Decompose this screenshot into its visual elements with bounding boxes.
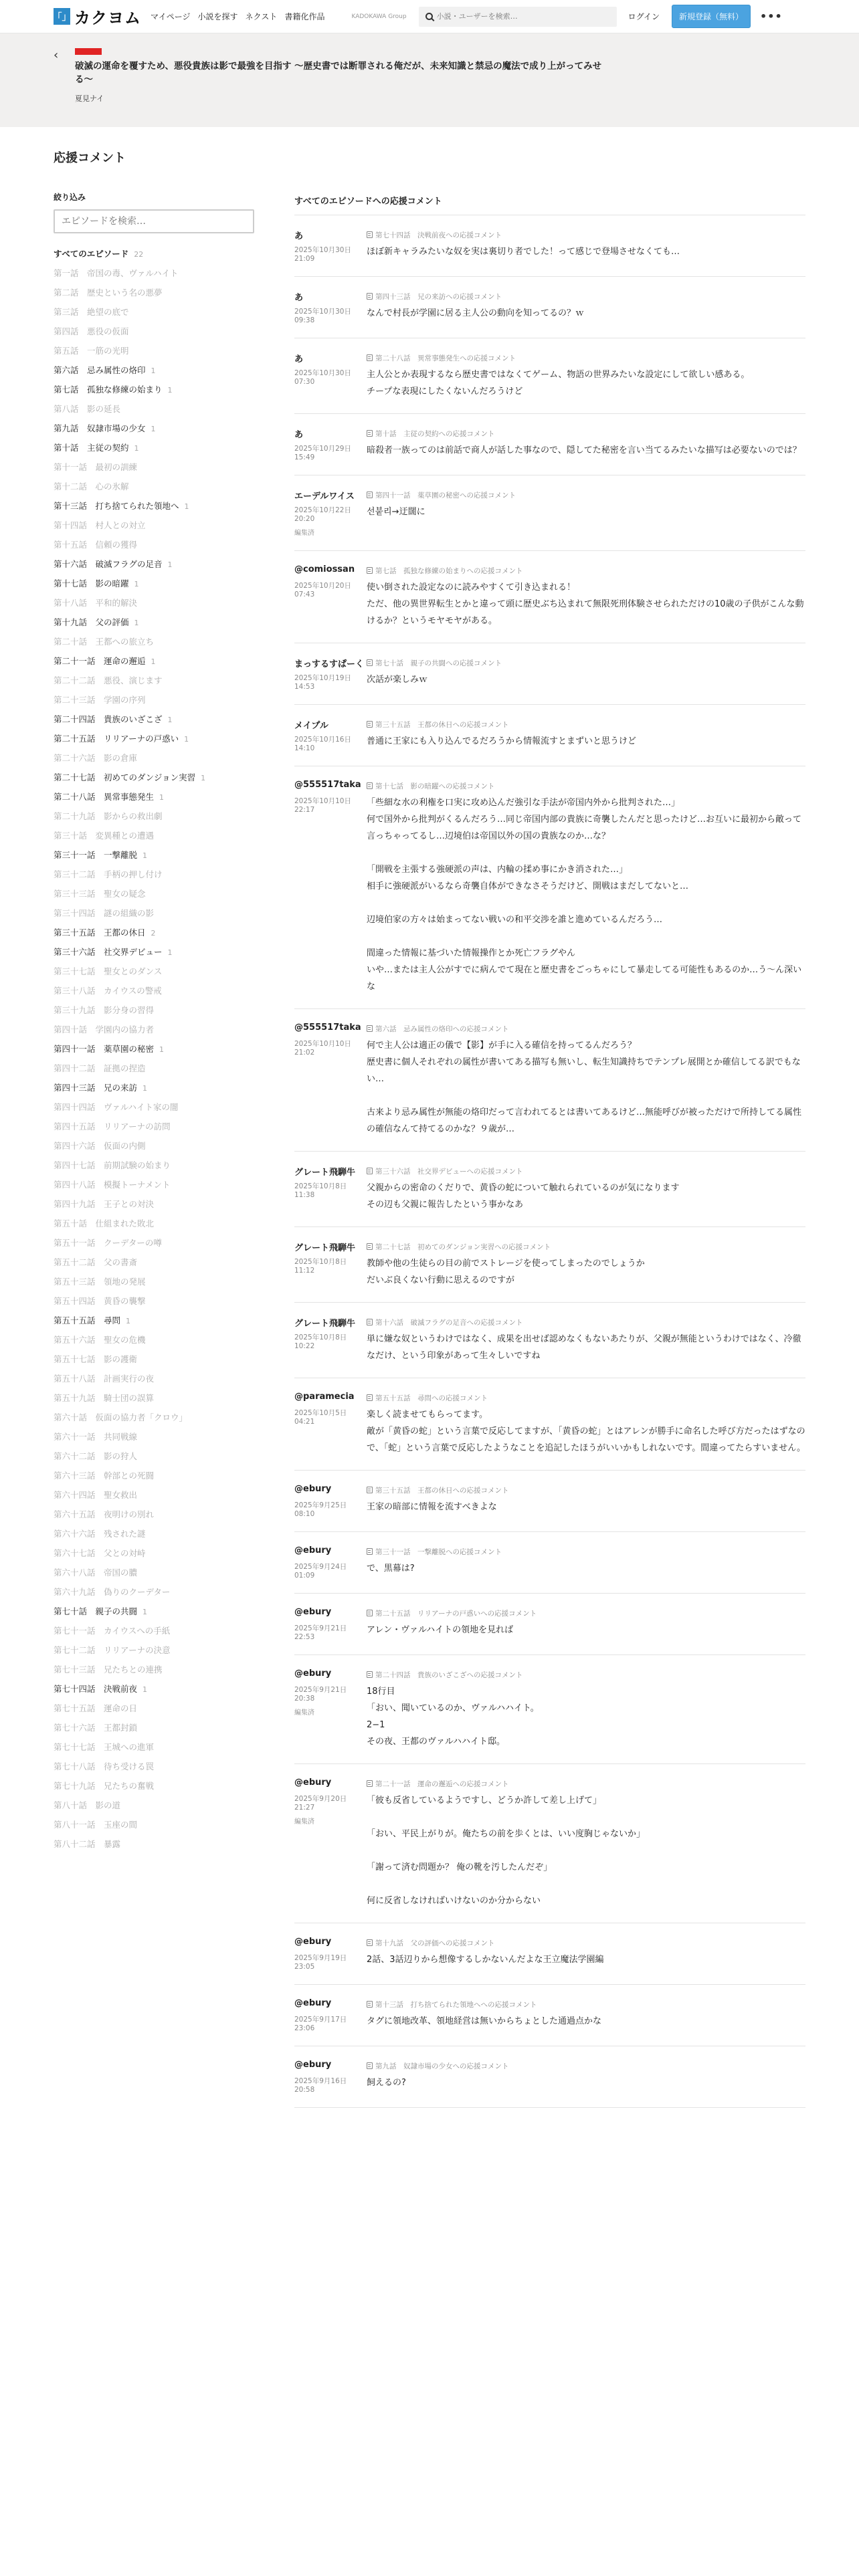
episode-icon [367,1939,373,1946]
episode-filter-item[interactable]: 第七十二話 リリアーナの決意 [54,1640,254,1660]
comment-item: グレート飛騨牛 2025年10月8日 11:12 第二十七話 初めてのダンジョン… [294,1227,805,1303]
comment-body: 王家の暗部に情報を流すべきよな [367,1499,805,1515]
episode-filter-item[interactable]: 第五十三話 領地の発展 [54,1272,254,1291]
episode-comment-count: 1 [151,657,156,666]
nav-next[interactable]: ネクスト [246,11,278,22]
comment-item: グレート飛騨牛 2025年10月8日 11:38 第三十六話 社交界デビューへの… [294,1152,805,1227]
episode-icon [367,1025,373,1032]
comment-user[interactable]: @ebury [294,1669,367,1683]
comment-episode-link[interactable]: 第十六話 破滅フラグの足音への応援コメント [367,1316,805,1328]
episode-filter-item[interactable]: 第五十九話 騎士団の誤算 [54,1388,254,1408]
episode-filter-item[interactable]: 第三十五話 王都の休日2 [54,923,254,942]
episode-filter-label: 第七十五話 運命の日 [54,1703,137,1713]
episode-filter-label: 第十五話 信頼の獲得 [54,540,137,550]
episode-filter-item[interactable]: 第六十五話 夜明けの別れ [54,1505,254,1524]
comment-body: タグに領地改革、領地経営は無いからちょとした通過点かな [367,2013,805,2030]
episode-filter-item[interactable]: 第三十六話 社交界デビュー1 [54,942,254,962]
episode-filter-item[interactable]: 第三十三話 聖女の疑念 [54,884,254,903]
nav-mypage[interactable]: マイページ [151,11,191,22]
comment-episode-link[interactable]: 第二十五話 リリアーナの戸惑いへの応援コメント [367,1607,805,1619]
episode-filter-item[interactable]: 第四十一話 薬草園の秘密1 [54,1039,254,1059]
episode-filter-item[interactable]: 第七十五話 運命の日 [54,1699,254,1718]
episode-filter-item[interactable]: 第十六話 破滅フラグの足音1 [54,554,254,574]
comment-episode-link[interactable]: 第四十三話 兄の来訪への応援コメント [367,290,805,302]
episode-filter-item[interactable]: 第七十三話 兄たちとの連携 [54,1660,254,1679]
work-title[interactable]: 破滅の運命を覆すため、悪役貴族は影で最強を目指す ～歴史書では断罪される俺だが、… [75,60,610,86]
episode-filter-label: 第三十三話 聖女の疑念 [54,889,146,899]
episode-comment-count: 22 [134,250,143,259]
episode-icon [367,430,373,437]
episode-filter-item[interactable]: 第三十九話 影分身の習得 [54,1000,254,1020]
comment-user[interactable]: グレート飛騨牛 [294,1241,367,1255]
comment-user[interactable]: @ebury [294,1607,367,1622]
episode-icon [367,1243,373,1250]
episode-filter-item[interactable]: 第六十三話 幹部との死闘 [54,1466,254,1485]
episode-filter-item[interactable]: 第四十二話 証拠の捏造 [54,1059,254,1078]
episode-filter-item[interactable]: 第二十七話 初めてのダンジョン実習1 [54,768,254,787]
comment-user[interactable]: エーデルワイス [294,489,367,504]
episode-comment-count: 1 [151,366,156,375]
comment-meta: あ 2025年10月30日 09:38 [294,290,367,324]
episode-filter-item[interactable]: 第十五話 信頼の獲得 [54,535,254,554]
episode-filter-item[interactable]: 第二十四話 貴族のいざこざ1 [54,710,254,729]
episode-filter-label: 第二十六話 影の倉庫 [54,753,137,763]
episode-filter-label: 第四十一話 薬草園の秘密 [54,1044,154,1054]
comment-episode-label: 第三十六話 社交界デビューへの応援コメント [375,1166,523,1176]
episode-filter-label: 第三十六話 社交界デビュー [54,947,163,957]
work-author[interactable]: 夏見ナイ [75,93,859,104]
comment-episode-label: 第十六話 破滅フラグの足音への応援コメント [375,1317,523,1327]
comment-user[interactable]: グレート飛騨牛 [294,1165,367,1180]
episode-filter-label: 第十六話 破滅フラグの足音 [54,559,163,569]
episode-filter-label: 第二十八話 異常事態発生 [54,792,154,802]
episode-comment-count: 1 [142,851,147,860]
comment-episode-label: 第九話 奴隷市場の少女への応援コメント [375,2061,509,2071]
episode-filter-label: 第十三話 打ち捨てられた領地へ [54,501,179,511]
comment-episode-label: 第七十四話 決戦前夜への応援コメント [375,230,502,240]
episode-filter-label: 第五十話 仕組まれた敗北 [54,1218,154,1228]
episode-filter-item[interactable]: 第七話 孤独な修練の始まり1 [54,380,254,399]
episode-filter-item[interactable]: 第十九話 父の評価1 [54,613,254,632]
comment-user[interactable]: @ebury [294,1937,367,1951]
kakuyomu-logo[interactable]: 「」 カクヨム [54,5,141,28]
episode-filter-item[interactable]: 第七十話 親子の共闘1 [54,1602,254,1621]
more-menu-icon[interactable]: ••• [760,10,783,23]
comment-item: @ebury 2025年9月21日 20:38 編集済 第二十四話 貴族のいざこ… [294,1655,805,1764]
episode-filter-label: 第七十一話 カイウスへの手紙 [54,1626,170,1636]
episode-comment-count: 1 [142,1084,147,1093]
episode-icon [367,1548,373,1555]
episode-filter-item[interactable]: 第二十八話 異常事態発生1 [54,787,254,807]
episode-filter-item[interactable]: 第六十四話 聖女救出 [54,1485,254,1505]
episode-icon [367,1610,373,1616]
episode-filter-item[interactable]: 第五話 一筋の光明 [54,341,254,360]
comment-user[interactable]: まっするすぱーく [294,657,367,671]
comment-episode-link[interactable]: 第四十一話 薬草園の秘密への応援コメント [367,489,805,501]
work-header: ‹ 破滅の運命を覆すため、悪役貴族は影で最強を目指す ～歴史書では断罪される俺だ… [0,33,859,127]
episode-filter-label: 第四話 悪役の仮面 [54,326,129,336]
episode-filter-label: 第五十九話 騎士団の誤算 [54,1393,154,1403]
site-search[interactable] [419,7,617,27]
comment-meta: @ebury 2025年9月20日 21:27 編集済 [294,1778,367,1909]
edited-badge: 編集済 [294,527,367,537]
episode-comment-count: 1 [142,1608,147,1616]
comment-episode-link[interactable]: 第十三話 打ち捨てられた領地へへの応援コメント [367,1998,805,2010]
comment-episode-label: 第十七話 影の暗躍への応援コメント [375,781,495,791]
episode-comment-count: 1 [168,948,173,957]
comment-episode-label: 第三十一話 一撃離脱への応援コメント [375,1547,502,1557]
comment-date: 2025年9月17日 23:06 [294,2014,367,2032]
comment-episode-label: 第三十五話 王都の休日への応援コメント [375,1485,509,1495]
comment-episode-link[interactable]: 第十九話 父の評価への応援コメント [367,1937,805,1949]
episode-filter-item[interactable]: 第二十話 王都への旅立ち [54,632,254,651]
episode-filter-item[interactable]: 第五十六話 聖女の危機 [54,1330,254,1350]
comment-user[interactable]: @ebury [294,2060,367,2074]
episode-filter-item[interactable]: 第二十二話 悪役、演じます [54,671,254,690]
episode-filter-item[interactable]: 第十八話 平和的解決 [54,593,254,613]
episode-filter-label: 第三十五話 王都の休日 [54,928,146,938]
comment-content: 第十七話 影の暗躍への応援コメント 「些細な水の利権を口実に攻め込んだ強引な手法… [367,780,805,995]
episode-filter-item[interactable]: 第六十話 仮面の協力者「クロウ」 [54,1408,254,1427]
episode-filter-item[interactable]: 第七十六話 王都封鎖 [54,1718,254,1737]
episode-filter-item[interactable]: 第四十三話 兄の来訪1 [54,1078,254,1097]
episode-filter-label: 第十二話 心の氷解 [54,481,129,492]
episode-filter-item[interactable]: 第七十九話 兄たちの奮戦 [54,1776,254,1796]
episode-filter-label: 第四十三話 兄の来訪 [54,1083,137,1093]
comment-body: 教師や他の生徒らの目の前でストレージを使ってしまったのでしょうか だいぶ良くない… [367,1255,805,1289]
comment-item: @555517taka 2025年10月10日 22:17 第十七話 影の暗躍へ… [294,766,805,1009]
episode-filter-label: 第四十五話 リリアーナの訪問 [54,1121,171,1132]
episode-filter-item[interactable]: 第四十九話 王子との対決 [54,1194,254,1214]
comment-content: 第七話 孤独な修練の始まりへの応援コメント 使い倒された設定なのに読みやすくて引… [367,564,805,629]
comment-episode-label: 第五十五話 尋問への応援コメント [375,1393,488,1403]
episode-filter-item[interactable]: 第二話 歴史という名の悪夢 [54,283,254,302]
episode-filter-item[interactable]: 第五十五話 尋問1 [54,1311,254,1330]
comment-body: 次話が楽しみｗ [367,671,805,688]
comment-user[interactable]: あ [294,352,367,366]
episode-filter-label: 第六十七話 父との対峙 [54,1548,146,1558]
comment-meta: あ 2025年10月29日 15:49 [294,427,367,461]
comment-date: 2025年10月19日 14:53 [294,673,367,691]
episode-icon [367,2001,373,2008]
comment-user[interactable]: あ [294,290,367,305]
comment-user[interactable]: @555517taka [294,780,367,794]
episode-filter-label: 第七十話 親子の共闘 [54,1606,137,1616]
comment-meta: @ebury 2025年9月17日 23:06 [294,1998,367,2032]
comment-item: グレート飛騨牛 2025年10月8日 10:22 第十六話 破滅フラグの足音への… [294,1303,805,1378]
comment-body: なんで村長が学園に居る主人公の動向を知ってるの？ｗ [367,305,805,322]
episode-icon [367,1319,373,1325]
comment-date: 2025年10月8日 11:12 [294,1257,367,1275]
episode-comment-count: 1 [168,560,173,569]
episode-filter-label: 第七十六話 王都封鎖 [54,1723,137,1733]
episode-filter-item[interactable]: 第十三話 打ち捨てられた領地へ1 [54,496,254,516]
episode-filter-item[interactable]: 第八十二話 暴露 [54,1834,254,1854]
episode-filter-item[interactable]: 第六十六話 残された謎 [54,1524,254,1543]
episode-filter-label: 第九話 奴隷市場の少女 [54,423,146,433]
episode-filter-label: 第五十一話 クーデターの噂 [54,1238,162,1248]
episode-filter-item[interactable]: 第二十九話 影からの救出劇 [54,807,254,826]
episode-filter-label: 第五十八話 計画実行の夜 [54,1374,154,1384]
comment-meta: @ebury 2025年9月24日 01:09 [294,1545,367,1580]
episode-filter-item[interactable]: 第六十八話 帝国の膿 [54,1563,254,1582]
comment-item: まっするすぱーく 2025年10月19日 14:53 第七十話 親子の共闘への応… [294,643,805,705]
comment-user[interactable]: グレート飛騨牛 [294,1316,367,1331]
episode-filter-item[interactable]: 第六十一話 共同戦線 [54,1427,254,1446]
comment-date: 2025年9月21日 20:38 [294,1685,367,1703]
global-nav: マイページ 小説を探す ネクスト 書籍化作品 [151,11,324,22]
episode-filter-label: 第五十二話 父の書斎 [54,1257,137,1267]
episode-filter-label: 第五十三話 領地の発展 [54,1277,146,1287]
comment-user[interactable]: @ebury [294,1545,367,1560]
comment-date: 2025年10月10日 21:02 [294,1039,367,1057]
comment-date: 2025年9月19日 23:05 [294,1953,367,1971]
episode-icon [367,1168,373,1174]
episode-filter-item[interactable]: 第四十八話 模擬トーナメント [54,1175,254,1194]
episode-filter-item[interactable]: 第五十話 仕組まれた敗北 [54,1214,254,1233]
episode-search-input[interactable] [54,209,254,233]
episode-filter-label: 第三十九話 影分身の習得 [54,1005,154,1015]
comment-body: 2話、3話辺りから想像するしかないんだよな王立魔法学園編 [367,1951,805,1968]
episode-filter-label: 第六十八話 帝国の膿 [54,1568,137,1578]
comment-content: 第二十四話 貴族のいざこざへの応援コメント 18行目 「おい、聞いているのか、ヴ… [367,1669,805,1750]
comment-item: @ebury 2025年9月21日 22:53 第二十五話 リリアーナの戸惑いへ… [294,1594,805,1655]
comment-body: 単に嫌な奴というわけではなく、成果を出せば認めなくもないあたりが、父親が無能とい… [367,1331,805,1364]
comment-date: 2025年10月20日 07:43 [294,580,367,599]
comment-date: 2025年10月16日 14:10 [294,734,367,752]
episode-filter-item[interactable]: 第五十八話 計画実行の夜 [54,1369,254,1388]
comment-episode-link[interactable]: 第十七話 影の暗躍への応援コメント [367,780,805,792]
comment-episode-label: 第三十五話 王都の休日への応援コメント [375,720,509,730]
comment-content: 第五十五話 尋問への応援コメント 楽しく読ませてもらってます。 敵が「黄昏の蛇」… [367,1392,805,1457]
comment-body: 飼えるの? [367,2074,805,2091]
episode-comment-count: 1 [201,774,205,782]
episode-icon [367,293,373,300]
episode-filter-item[interactable]: 第五十四話 黄昏の襲撃 [54,1291,254,1311]
episode-filter-item[interactable]: 第三十一話 一撃離脱1 [54,845,254,865]
episode-filter-item[interactable]: 第八十話 影の道 [54,1796,254,1815]
comment-episode-link[interactable]: 第二十八話 異常事態発生への応援コメント [367,352,805,364]
comment-date: 2025年10月5日 04:21 [294,1408,367,1426]
episode-filter-item[interactable]: 第二十五話 リリアーナの戸惑い1 [54,729,254,748]
episode-filter-item[interactable]: 第一話 帝国の毒、ヴァルハイト [54,263,254,283]
episode-filter-item[interactable]: 第七十四話 決戦前夜1 [54,1679,254,1699]
comment-episode-link[interactable]: 第三十一話 一撃離脱への応援コメント [367,1545,805,1558]
comment-episode-label: 第七話 孤独な修練の始まりへの応援コメント [375,566,523,576]
comment-body: で、黒幕は? [367,1560,805,1577]
episode-filter-item[interactable]: 第八十一話 玉座の間 [54,1815,254,1834]
episode-filter-label: 第七十四話 決戦前夜 [54,1684,137,1694]
episode-filter-item[interactable]: 第五十二話 父の書斎 [54,1253,254,1272]
episode-filter-item[interactable]: 第二十六話 影の倉庫 [54,748,254,768]
episode-filter-item[interactable]: 第四十五話 リリアーナの訪問 [54,1117,254,1136]
episode-filter-item[interactable]: 第十一話 最初の訓練 [54,457,254,477]
episode-filter-item[interactable]: 第六十七話 父との対峙 [54,1543,254,1563]
episode-filter-item[interactable]: 第八話 影の延長 [54,399,254,419]
comment-episode-link[interactable]: 第二十七話 初めてのダンジョン実習への応援コメント [367,1241,805,1253]
episode-list: すべてのエピソード22 第一話 帝国の毒、ヴァルハイト第二話 歴史という名の悪夢… [54,244,254,1854]
comment-user[interactable]: あ [294,427,367,442]
episode-filter-item[interactable]: 第五十七話 影の護衛 [54,1350,254,1369]
episode-filter-item[interactable]: 第三十話 変異種との遭遇 [54,826,254,845]
episode-filter-label: 第五十七話 影の護衛 [54,1354,137,1364]
comment-item: @ebury 2025年9月25日 08:10 第三十五話 王都の休日への応援コ… [294,1471,805,1532]
comment-user[interactable]: @ebury [294,1484,367,1499]
edited-badge: 編集済 [294,1707,367,1717]
comment-user[interactable]: @paramecia [294,1392,367,1406]
episode-filter-item[interactable]: 第三十四話 謎の組織の影 [54,903,254,923]
comment-episode-link[interactable]: 第七十四話 決戦前夜への応援コメント [367,229,805,241]
episode-filter-item[interactable]: 第三十八話 カイウスの警戒 [54,981,254,1000]
episode-filter-item[interactable]: 第四十六話 仮面の内側 [54,1136,254,1156]
comment-content: 第六話 忌み属性の烙印への応援コメント 何で主人公は適正の儀で【影】が手に入る確… [367,1023,805,1138]
episode-filter-label: 第四十六話 仮面の内側 [54,1141,146,1151]
comment-content: 第七十四話 決戦前夜への応援コメント ほぼ新キャラみたいな奴を実は裏切り者でした… [367,229,805,263]
comment-episode-link[interactable]: 第七十話 親子の共闘への応援コメント [367,657,805,669]
episode-filter-item[interactable]: 第六十二話 影の狩人 [54,1446,254,1466]
comment-meta: @ebury 2025年9月21日 20:38 編集済 [294,1669,367,1750]
episode-filter-all[interactable]: すべてのエピソード22 [54,244,254,263]
episode-filter-item[interactable]: 第十七話 影の暗躍1 [54,574,254,593]
episode-filter-label: 第六十話 仮面の協力者「クロウ」 [54,1412,187,1422]
episode-filter-label: 第六話 忌み属性の烙印 [54,365,146,375]
episode-icon [367,231,373,238]
episode-filter-item[interactable]: 第七十一話 カイウスへの手紙 [54,1621,254,1640]
episode-filter-label: 第十八話 平和的解決 [54,598,137,608]
edited-badge: 編集済 [294,1816,367,1826]
episode-filter-item[interactable]: 第三十七話 聖女とのダンス [54,962,254,981]
episode-filter-item[interactable]: 第三十二話 手柄の押し付け [54,865,254,884]
comment-meta: グレート飛騨牛 2025年10月8日 10:22 [294,1316,367,1364]
episode-filter-item[interactable]: 第七十七話 王城への進軍 [54,1737,254,1757]
episode-filter-item[interactable]: 第十二話 心の氷解 [54,477,254,496]
comment-episode-link[interactable]: 第三十五話 王都の休日への応援コメント [367,1484,805,1496]
nav-published-works[interactable]: 書籍化作品 [284,11,324,22]
comment-item: あ 2025年10月30日 21:09 第七十四話 決戦前夜への応援コメント ほ… [294,215,805,277]
episode-filter-item[interactable]: 第十四話 村人との対立 [54,516,254,535]
comment-body: 普通に王家にも入り込んでるだろうから情報流すとまずいと思うけど [367,733,805,750]
episode-icon [367,2062,373,2069]
episode-filter-label: 第二十五話 リリアーナの戸惑い [54,734,179,744]
signup-button[interactable]: 新規登録（無料） [672,5,751,28]
comment-content: 第二十一話 運命の邂逅への応援コメント 「彼も反省しているようですし、どうか許し… [367,1778,805,1909]
comment-episode-link[interactable]: 第七話 孤独な修練の始まりへの応援コメント [367,564,805,576]
comment-content: 第四十三話 兄の来訪への応援コメント なんで村長が学園に居る主人公の動向を知って… [367,290,805,324]
back-chevron-icon[interactable]: ‹ [54,48,58,62]
comment-meta: グレート飛騨牛 2025年10月8日 11:38 [294,1165,367,1213]
episode-filter-label: 第二話 歴史という名の悪夢 [54,288,163,298]
episode-filter-label: 第六十六話 残された謎 [54,1529,146,1539]
comments-section-title: すべてのエピソードへの応援コメント [294,194,805,215]
login-link[interactable]: ログイン [628,11,660,22]
comment-item: エーデルワイス 2025年10月22日 20:20 編集済 第四十一話 薬草園の… [294,475,805,551]
episode-filter-item[interactable]: 第十話 主従の契約1 [54,438,254,457]
episode-filter-item[interactable]: 第四話 悪役の仮面 [54,322,254,341]
comment-content: 第二十五話 リリアーナの戸惑いへの応援コメント アレン・ヴァルハイトの領地を見れ… [367,1607,805,1641]
episode-filter-label: 第七十七話 王城への進軍 [54,1742,154,1752]
comment-episode-label: 第四十一話 薬草園の秘密への応援コメント [375,490,516,500]
episode-comment-count: 1 [184,735,189,744]
episode-filter-item[interactable]: 第六話 忌み属性の烙印1 [54,360,254,380]
comment-meta: メイプル 2025年10月16日 14:10 [294,718,367,752]
comment-episode-link[interactable]: 第九話 奴隷市場の少女への応援コメント [367,2060,805,2072]
episode-icon [367,1394,373,1401]
comment-episode-link[interactable]: 第五十五話 尋問への応援コメント [367,1392,805,1404]
comment-episode-label: 第四十三話 兄の来訪への応援コメント [375,292,502,302]
episode-filter-label: 第二十二話 悪役、演じます [54,675,163,685]
comment-episode-link[interactable]: 第三十六話 社交界デビューへの応援コメント [367,1165,805,1177]
comment-meta: @comiossan 2025年10月20日 07:43 [294,564,367,629]
episode-filter-item[interactable]: 第九話 奴隷市場の少女1 [54,419,254,438]
episode-filter-label: 第三十話 変異種との遭遇 [54,831,154,841]
comment-user[interactable]: @ebury [294,1778,367,1792]
comment-body: 主人公とか表現するなら歴史書ではなくてゲーム、物語の世界みたいな設定にして欲しい… [367,366,805,400]
episode-comment-count: 1 [134,619,139,627]
episode-comment-count: 1 [185,502,189,511]
episode-filter-label: 第六十二話 影の狩人 [54,1451,137,1461]
episode-filter-label: 第八十話 影の道 [54,1800,120,1810]
comment-episode-link[interactable]: 第三十五話 王都の休日への応援コメント [367,718,805,730]
episode-filter-label: 第六十一話 共同戦線 [54,1432,137,1442]
comment-episode-label: 第十三話 打ち捨てられた領地へへの応援コメント [375,2000,537,2010]
comment-body: アレン・ヴァルハイトの領地を見れば [367,1622,805,1638]
comment-user[interactable]: あ [294,229,367,243]
comment-episode-link[interactable]: 第二十一話 運命の邂逅への応援コメント [367,1778,805,1790]
comment-episode-label: 第二十八話 異常事態発生への応援コメント [375,353,516,363]
episode-comment-count: 1 [168,386,173,395]
episode-icon [367,721,373,728]
episode-filter-label: 第五十五話 尋問 [54,1315,120,1325]
episode-icon [367,1780,373,1787]
comment-date: 2025年9月24日 01:09 [294,1562,367,1580]
episode-filter-item[interactable]: 第四十四話 ヴァルハイト家の闇 [54,1097,254,1117]
episode-icon [367,659,373,666]
episode-comment-count: 1 [168,716,173,724]
episode-icon [367,1487,373,1493]
episode-comment-count: 1 [134,444,139,453]
episode-filter-item[interactable]: 第三話 絶望の底で [54,302,254,322]
comment-episode-link[interactable]: 第六話 忌み属性の烙印への応援コメント [367,1023,805,1035]
episode-filter-item[interactable]: 第二十一話 運命の邂逅1 [54,651,254,671]
comment-body: 使い倒された設定なのに読みやすくて引き込まれる！ ただ、他の異世界転生とかと違っ… [367,579,805,629]
comment-meta: @555517taka 2025年10月10日 21:02 [294,1023,367,1138]
comment-body: 楽しく読ませてもらってます。 敵が「黄昏の蛇」という言葉で反応してますが、「黄昏… [367,1406,805,1457]
comment-user[interactable]: @555517taka [294,1023,367,1037]
episode-filter-item[interactable]: 第七十八話 待ち受ける罠 [54,1757,254,1776]
episode-filter-label: 第三十四話 謎の組織の影 [54,908,154,918]
site-search-input[interactable] [437,12,604,21]
comment-meta: あ 2025年10月30日 21:09 [294,229,367,263]
episode-filter-item[interactable]: 第四十話 学園内の協力者 [54,1020,254,1039]
comment-meta: @ebury 2025年9月16日 20:58 [294,2060,367,2094]
comment-user[interactable]: @comiossan [294,564,367,579]
comment-user[interactable]: メイプル [294,718,367,733]
comment-item: @555517taka 2025年10月10日 21:02 第六話 忌み属性の烙… [294,1009,805,1152]
episode-filter-label: 第七十二話 リリアーナの決意 [54,1645,171,1655]
comment-content: 第十三話 打ち捨てられた領地へへの応援コメント タグに領地改革、領地経営は無いか… [367,1998,805,2032]
comment-episode-link[interactable]: 第十話 主従の契約への応援コメント [367,427,805,439]
comment-episode-link[interactable]: 第二十四話 貴族のいざこざへの応援コメント [367,1669,805,1681]
episode-filter-item[interactable]: 第四十七話 前期試験の始まり [54,1156,254,1175]
episode-filter-item[interactable]: 第五十一話 クーデターの噂 [54,1233,254,1253]
kadokawa-group-label[interactable]: KADOKAWA Group [351,13,406,20]
nav-explore[interactable]: 小説を探す [198,11,238,22]
comment-meta: @paramecia 2025年10月5日 04:21 [294,1392,367,1457]
episode-filter-item[interactable]: 第二十三話 学園の序列 [54,690,254,710]
episode-filter-item[interactable]: 第六十九話 偽りのクーデター [54,1582,254,1602]
comment-user[interactable]: @ebury [294,1998,367,2013]
comment-item: @ebury 2025年9月20日 21:27 編集済 第二十一話 運命の邂逅へ… [294,1764,805,1923]
